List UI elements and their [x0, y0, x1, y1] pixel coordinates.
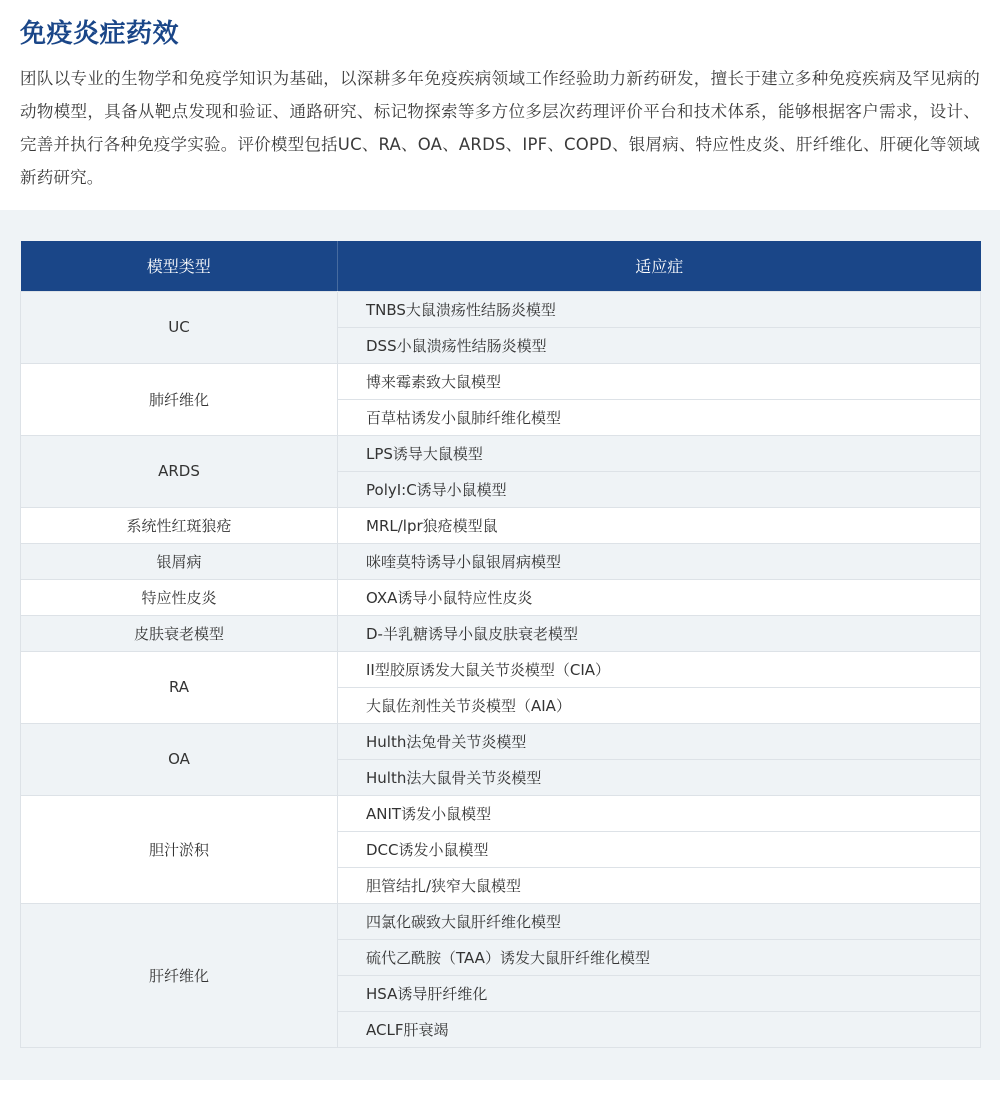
indication-cell: II型胶原诱发大鼠关节炎模型（CIA）	[338, 651, 981, 687]
indication-cell: D-半乳糖诱导小鼠皮肤衰老模型	[338, 615, 981, 651]
indication-cell: 百草枯诱发小鼠肺纤维化模型	[338, 399, 981, 435]
indication-cell: 硫代乙酰胺（TAA）诱发大鼠肝纤维化模型	[338, 939, 981, 975]
model-type-cell: 肝纤维化	[21, 903, 338, 1047]
intro-section: 免疫炎症药效 团队以专业的生物学和免疫学知识为基础，以深耕多年免疫疾病领域工作经…	[0, 0, 1000, 210]
table-row: RAII型胶原诱发大鼠关节炎模型（CIA）	[21, 651, 981, 687]
indication-cell: 胆管结扎/狭窄大鼠模型	[338, 867, 981, 903]
indication-cell: DCC诱发小鼠模型	[338, 831, 981, 867]
table-row: UCTNBS大鼠溃疡性结肠炎模型	[21, 291, 981, 327]
indication-cell: HSA诱导肝纤维化	[338, 975, 981, 1011]
table-row: 肝纤维化四氯化碳致大鼠肝纤维化模型	[21, 903, 981, 939]
model-type-cell: 特应性皮炎	[21, 579, 338, 615]
indication-cell: LPS诱导大鼠模型	[338, 435, 981, 471]
table-row: 肺纤维化博来霉素致大鼠模型	[21, 363, 981, 399]
header-indication: 适应症	[338, 241, 981, 291]
indication-cell: Hulth法大鼠骨关节炎模型	[338, 759, 981, 795]
model-type-cell: RA	[21, 651, 338, 723]
table-row: OAHulth法兔骨关节炎模型	[21, 723, 981, 759]
indication-cell: 咪喹莫特诱导小鼠银屑病模型	[338, 543, 981, 579]
indication-cell: OXA诱导小鼠特应性皮炎	[338, 579, 981, 615]
page-title: 免疫炎症药效	[20, 16, 980, 56]
models-table-section: 模型类型 适应症 UCTNBS大鼠溃疡性结肠炎模型DSS小鼠溃疡性结肠炎模型肺纤…	[0, 210, 1000, 1080]
indication-cell: DSS小鼠溃疡性结肠炎模型	[338, 327, 981, 363]
table-row: 特应性皮炎OXA诱导小鼠特应性皮炎	[21, 579, 981, 615]
page-description: 团队以专业的生物学和免疫学知识为基础，以深耕多年免疫疾病领域工作经验助力新药研发…	[20, 62, 980, 194]
table-row: ARDSLPS诱导大鼠模型	[21, 435, 981, 471]
indication-cell: PolyI:C诱导小鼠模型	[338, 471, 981, 507]
model-type-cell: 皮肤衰老模型	[21, 615, 338, 651]
indication-cell: ANIT诱发小鼠模型	[338, 795, 981, 831]
model-type-cell: UC	[21, 291, 338, 363]
model-type-cell: OA	[21, 723, 338, 795]
models-table: 模型类型 适应症 UCTNBS大鼠溃疡性结肠炎模型DSS小鼠溃疡性结肠炎模型肺纤…	[20, 241, 981, 1048]
table-row: 银屑病咪喹莫特诱导小鼠银屑病模型	[21, 543, 981, 579]
indication-cell: ACLF肝衰竭	[338, 1011, 981, 1047]
table-row: 胆汁淤积ANIT诱发小鼠模型	[21, 795, 981, 831]
table-body: UCTNBS大鼠溃疡性结肠炎模型DSS小鼠溃疡性结肠炎模型肺纤维化博来霉素致大鼠…	[21, 291, 981, 1047]
model-type-cell: 胆汁淤积	[21, 795, 338, 903]
indication-cell: 四氯化碳致大鼠肝纤维化模型	[338, 903, 981, 939]
model-type-cell: 银屑病	[21, 543, 338, 579]
table-row: 系统性红斑狼疮MRL/lpr狼疮模型鼠	[21, 507, 981, 543]
indication-cell: Hulth法兔骨关节炎模型	[338, 723, 981, 759]
model-type-cell: 肺纤维化	[21, 363, 338, 435]
table-header-row: 模型类型 适应症	[21, 241, 981, 291]
indication-cell: TNBS大鼠溃疡性结肠炎模型	[338, 291, 981, 327]
header-model-type: 模型类型	[21, 241, 338, 291]
indication-cell: 大鼠佐剂性关节炎模型（AIA）	[338, 687, 981, 723]
model-type-cell: ARDS	[21, 435, 338, 507]
table-row: 皮肤衰老模型D-半乳糖诱导小鼠皮肤衰老模型	[21, 615, 981, 651]
model-type-cell: 系统性红斑狼疮	[21, 507, 338, 543]
indication-cell: 博来霉素致大鼠模型	[338, 363, 981, 399]
indication-cell: MRL/lpr狼疮模型鼠	[338, 507, 981, 543]
